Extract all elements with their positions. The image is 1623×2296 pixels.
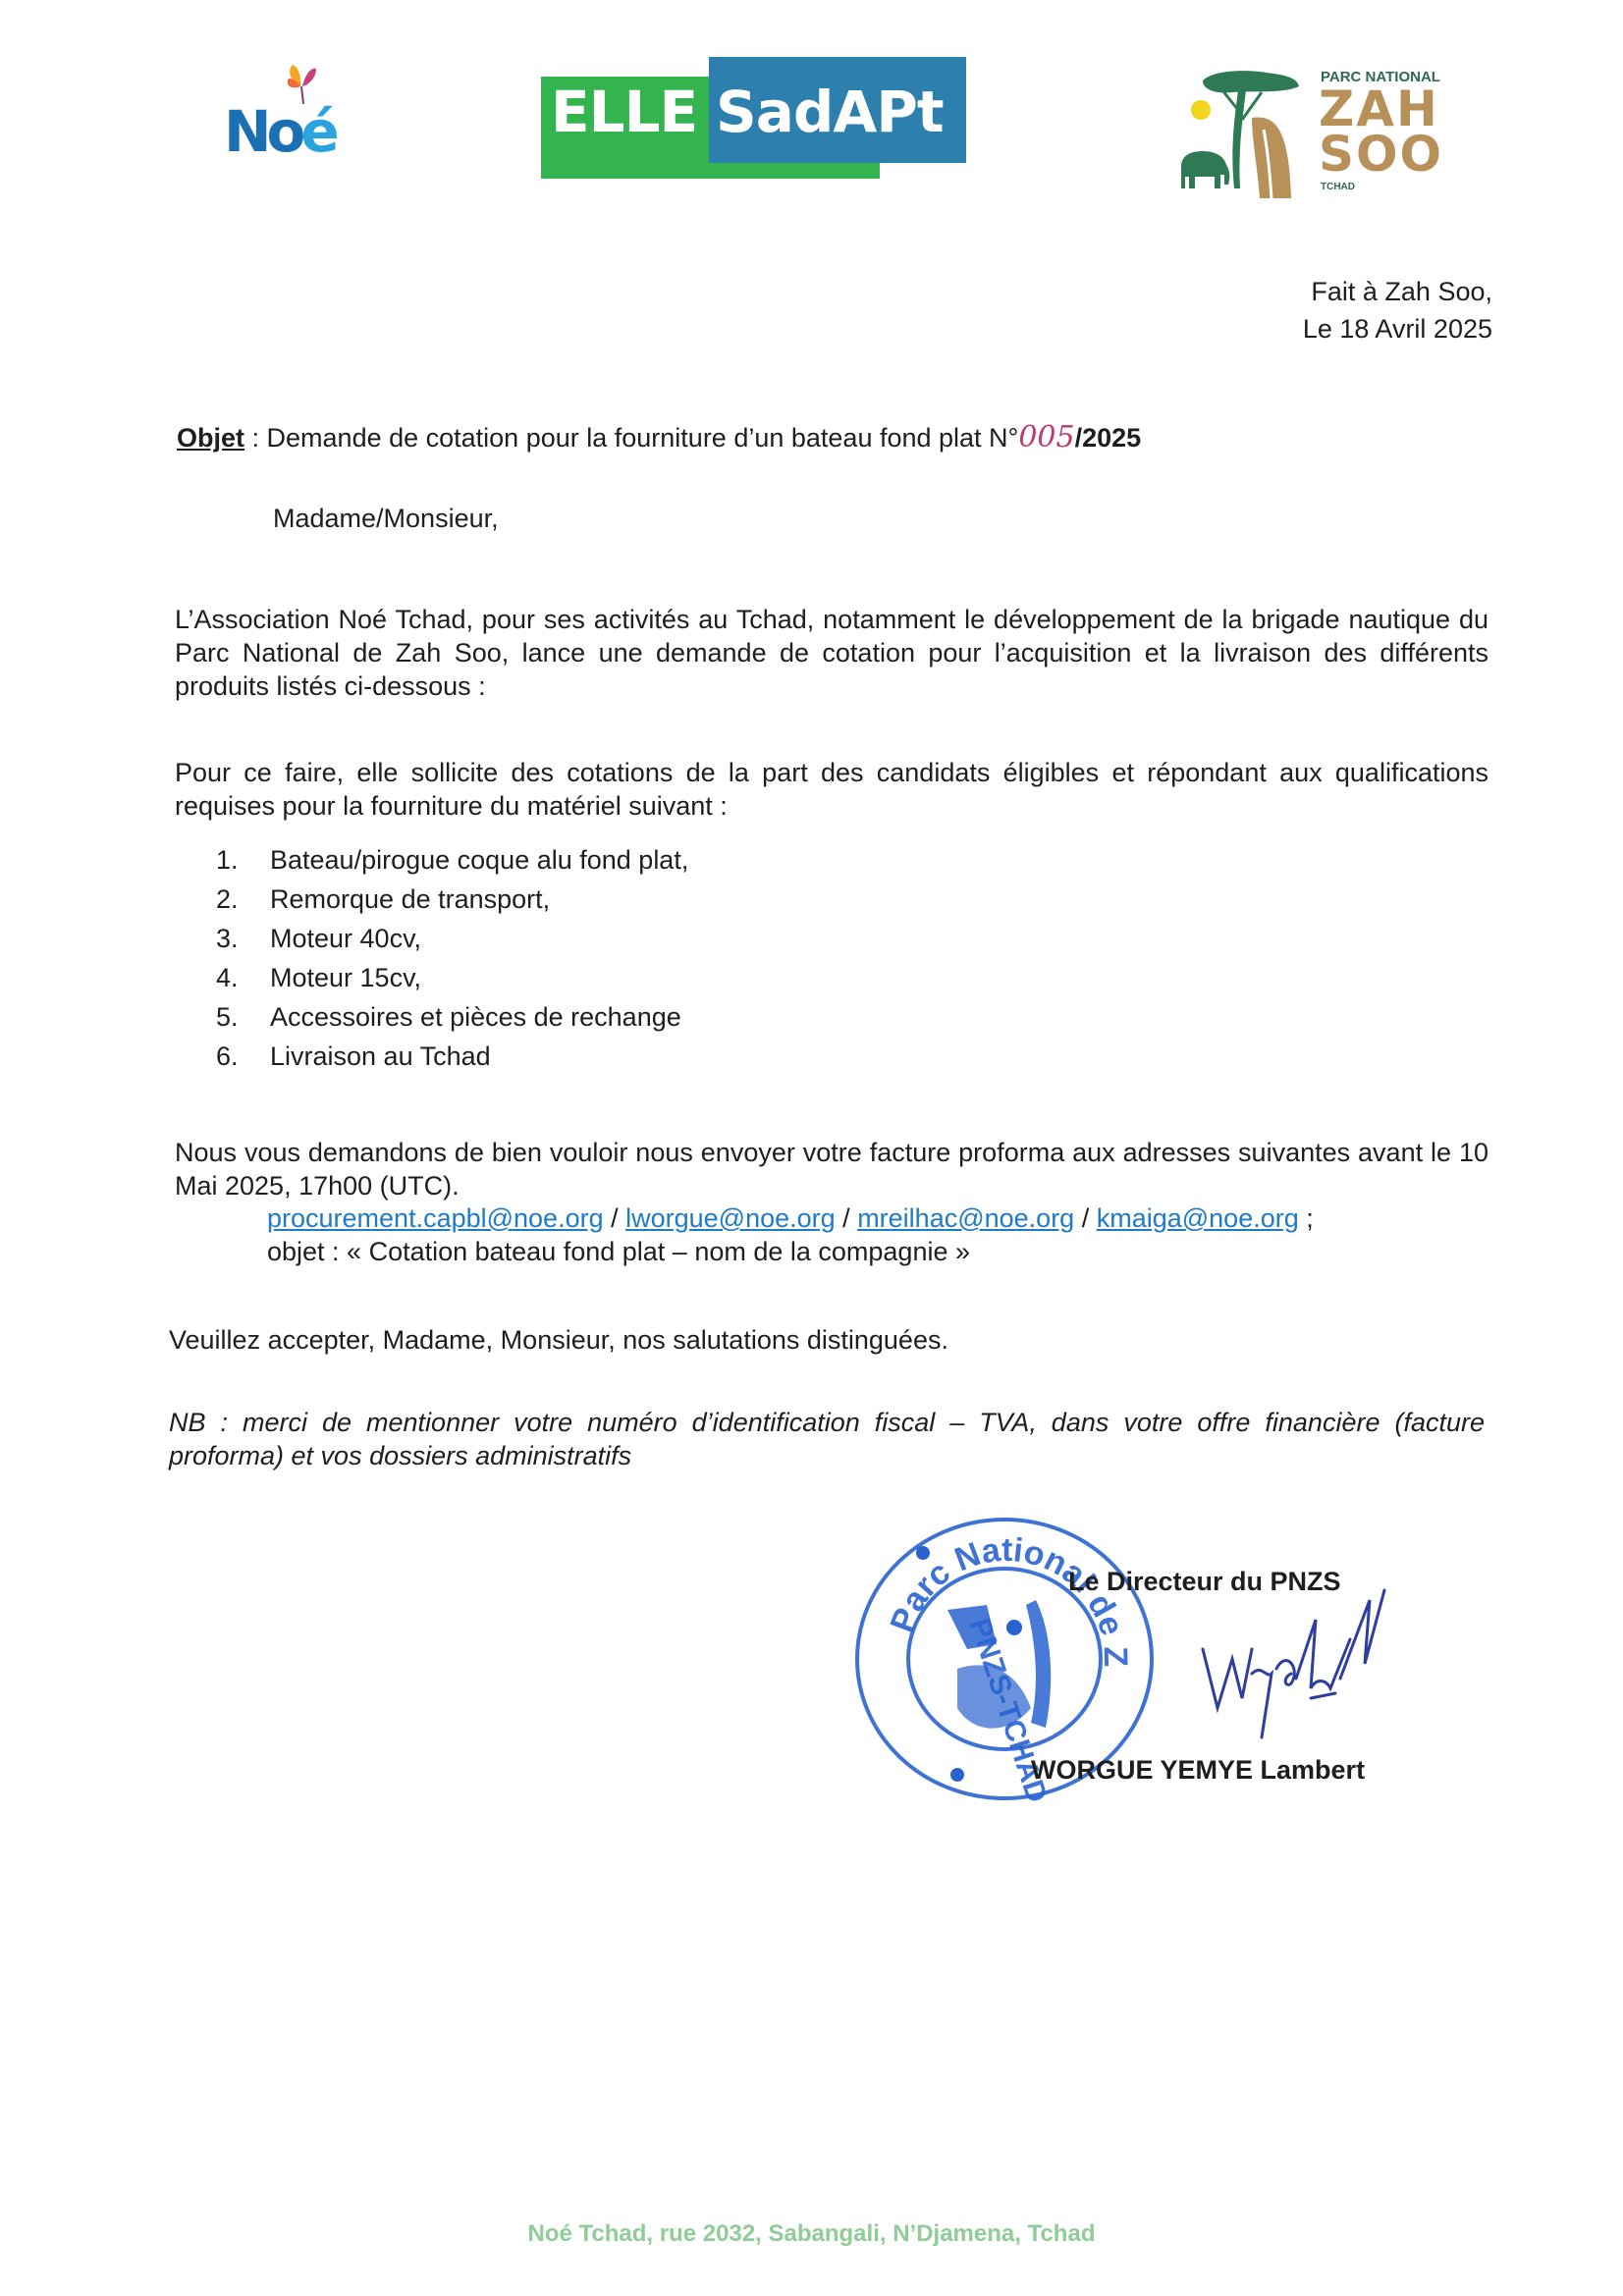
handwritten-reference-number: 005	[1018, 420, 1074, 454]
elle-logo-text: ELLE	[551, 79, 697, 145]
subject-text: Demande de cotation pour la fourniture d…	[267, 423, 1019, 453]
closing-formula: Veuillez accepter, Madame, Monsieur, nos…	[169, 1325, 948, 1356]
list-item: 1.Bateau/pirogue coque alu fond plat,	[216, 840, 688, 880]
list-item: 2.Remorque de transport,	[216, 880, 688, 919]
subject-line: Objet : Demande de cotation pour la four…	[177, 420, 1141, 454]
items-list: 1.Bateau/pirogue coque alu fond plat, 2.…	[216, 840, 688, 1076]
date: Le 18 Avril 2025	[1303, 310, 1492, 347]
paragraph-request: Pour ce faire, elle sollicite des cotati…	[175, 756, 1488, 823]
email-link-lworgue[interactable]: lworgue@noe.org	[625, 1203, 836, 1233]
place: Fait à Zah Soo,	[1303, 273, 1492, 310]
list-item: 4.Moteur 15cv,	[216, 958, 688, 997]
subject-label: Objet	[177, 423, 244, 453]
list-item: 6.Livraison au Tchad	[216, 1037, 688, 1076]
paragraph-intro: L’Association Noé Tchad, pour ses activi…	[175, 603, 1488, 703]
footer-address: Noé Tchad, rue 2032, Sabangali, N’Djamen…	[0, 2220, 1623, 2248]
place-date-block: Fait à Zah Soo, Le 18 Avril 2025	[1303, 273, 1492, 347]
nota-bene: NB : merci de mentionner votre numéro d’…	[169, 1406, 1485, 1472]
salutation: Madame/Monsieur,	[273, 504, 499, 534]
subject-year: /2025	[1075, 423, 1142, 453]
handwritten-signature-icon	[1193, 1580, 1389, 1747]
list-item: 3.Moteur 40cv,	[216, 919, 688, 958]
email-link-kmaiga[interactable]: kmaiga@noe.org	[1097, 1203, 1299, 1233]
noe-logo-text: Noé	[224, 98, 335, 165]
sadapt-logo-text: SadAPt	[716, 79, 944, 145]
email-subject-instruction: objet : « Cotation bateau fond plat – no…	[267, 1237, 970, 1267]
zah-soo-logo-tchad: TCHAD	[1321, 182, 1355, 192]
noe-logo: Noé	[224, 61, 361, 169]
email-addresses: procurement.capbl@noe.org / lworgue@noe.…	[267, 1201, 1314, 1235]
paragraph-deadline: Nous vous demandons de bien vouloir nous…	[175, 1136, 1488, 1202]
zah-soo-logo: PARC NATIONAL ZAH SOO TCHAD	[1173, 61, 1468, 198]
elle-sadapt-logo: ELLE SadAPt	[541, 57, 966, 185]
email-link-mreilhac[interactable]: mreilhac@noe.org	[857, 1203, 1074, 1233]
elephant-tree-waterfall-icon	[1173, 61, 1321, 198]
list-item: 5.Accessoires et pièces de rechange	[216, 997, 688, 1037]
zah-soo-logo-soo: SOO	[1319, 130, 1443, 179]
email-link-procurement[interactable]: procurement.capbl@noe.org	[267, 1203, 604, 1233]
signer-name: WORGUE YEMYE Lambert	[1031, 1755, 1365, 1786]
